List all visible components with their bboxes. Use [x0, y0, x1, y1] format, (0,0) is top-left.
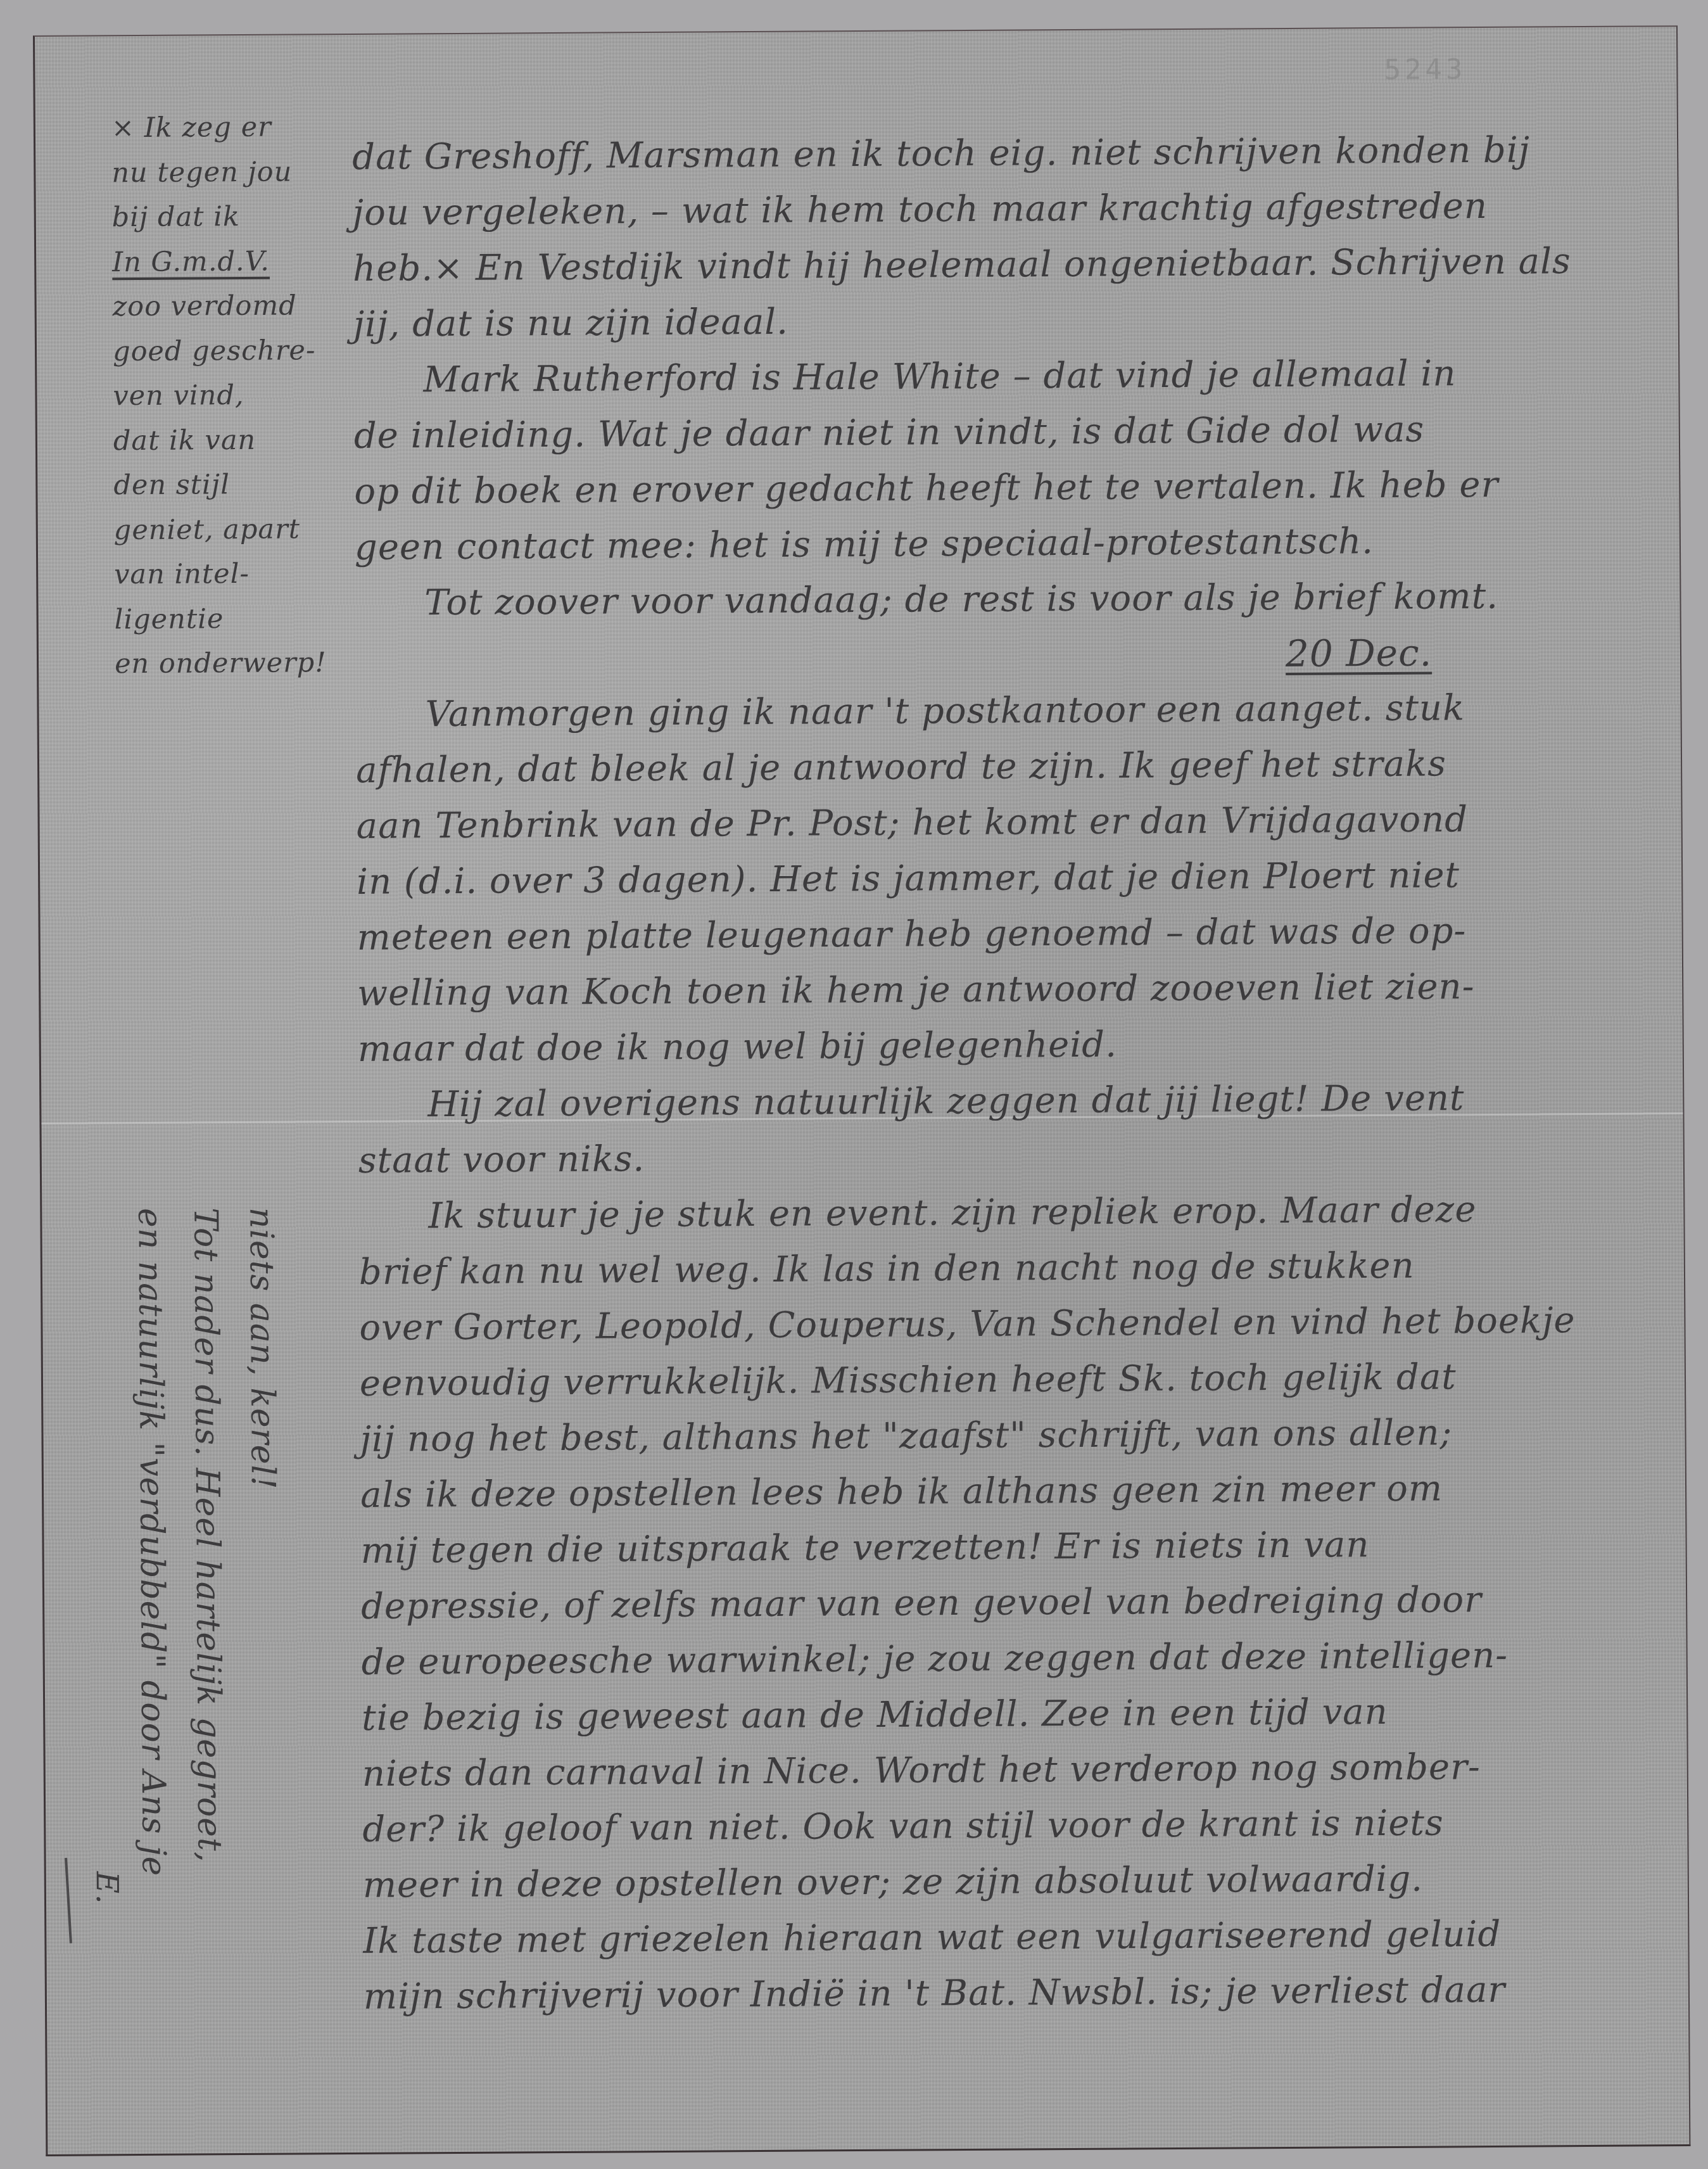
body-line: geen contact mee: het is mij te speciaal… [355, 512, 1659, 576]
margin-note-title-underlined: In G.m.d.V. [112, 239, 327, 285]
body-line: meer in deze opstellen over; ze zijn abs… [363, 1850, 1667, 1914]
body-line: aan Tenbrink van de Pr. Post; het komt e… [356, 791, 1661, 855]
body-line: meteen een platte leugenaar heb genoemd … [357, 902, 1661, 966]
body-line: de inleiding. Wat je daar niet in vindt,… [354, 400, 1659, 464]
sideways-note-line: Tot nader dus. Heel hartelijk gegroet, [177, 1207, 239, 2158]
paragraph-6: Ik stuur je je stuk en event. zijn repli… [358, 1181, 1668, 2025]
body-line: Hij zal overigens natuurlijk zeggen dat … [358, 1069, 1662, 1133]
margin-note-line: zoo verdomd [112, 283, 327, 329]
date-heading: 20 Dec. [355, 623, 1660, 687]
margin-note-line: × Ik zeg er [111, 105, 327, 151]
paragraph-4: Vanmorgen ging ik naar 't postkantoor ee… [355, 679, 1662, 1078]
margin-note-line: den stijl [113, 462, 329, 508]
body-line: Vanmorgen ging ik naar 't postkantoor ee… [355, 679, 1660, 743]
body-line: tie bezig is geweest aan de Middell. Zee… [362, 1682, 1666, 1746]
body-line: maar dat doe ik nog wel bij gelegenheid. [358, 1014, 1662, 1078]
paragraph-1: dat Greshoff, Marsman en ik toch eig. ni… [352, 122, 1658, 353]
body-line: de europeesche warwinkel; je zou zeggen … [361, 1627, 1666, 1691]
margin-note-line: nu tegen jou [111, 149, 327, 196]
body-line: staat voor niks. [358, 1125, 1663, 1189]
body-line: welling van Koch toen ik hem je antwoord… [357, 958, 1662, 1022]
body-line: over Gorter, Leopold, Couperus, Van Sche… [359, 1292, 1664, 1356]
body-line: in (d.i. over 3 dagen). Het is jammer, d… [357, 846, 1661, 910]
sideways-note-line: niets aan, kerel! [233, 1207, 294, 2158]
margin-note-line: ligentie [114, 596, 329, 642]
body-line: Ik taste met griezelen hieraan wat een v… [363, 1905, 1667, 1969]
body-line: als ik deze opstellen lees heb ik althan… [360, 1460, 1665, 1523]
margin-note-line: en onderwerp! [115, 640, 330, 687]
archive-stamp: 5243 [1384, 53, 1466, 86]
body-line: jij nog het best, althans het "zaafst" s… [360, 1404, 1664, 1468]
body-line: depressie, of zelfs maar van een gevoel … [361, 1571, 1666, 1635]
body-line: op dit boek en erover gedacht heeft het … [354, 456, 1659, 520]
body-line: mijn schrijverij voor Indië in 't Bat. N… [364, 1961, 1668, 2025]
body-line: Ik stuur je je stuk en event. zijn repli… [358, 1181, 1663, 1245]
body-line: eenvoudig verrukkelijk. Misschien heeft … [360, 1348, 1664, 1412]
margin-note-line: ven vind, [113, 372, 328, 419]
body-line: brief kan nu wel weg. Ik las in den nach… [359, 1237, 1664, 1301]
signature: E. [89, 1871, 125, 1905]
body-line: niets dan carnaval in Nice. Wordt het ve… [362, 1738, 1667, 1802]
body-line: Mark Rutherford is Hale White – dat vind… [353, 345, 1658, 409]
margin-note-line: goed geschre- [113, 328, 328, 374]
paragraph-2: Mark Rutherford is Hale White – dat vind… [353, 345, 1659, 576]
sideways-margin-note: niets aan, kerel! Tot nader dus. Heel ha… [122, 1207, 294, 2159]
body-line: afhalen, dat bleek al je antwoord te zij… [356, 735, 1661, 799]
margin-note-line: geniet, apart [114, 507, 329, 553]
body-line: mij tegen die uitspraak te verzetten! Er… [360, 1515, 1665, 1579]
body-line: jij, dat is nu zijn ideaal. [353, 289, 1658, 353]
margin-note: × Ik zeg er nu tegen jou bij dat ik In G… [111, 105, 331, 687]
sideways-note-line: en natuurlijk "verdubbeld" door Ans je [122, 1208, 183, 2159]
body-line: dat Greshoff, Marsman en ik toch eig. ni… [352, 122, 1657, 186]
body-line: jou vergeleken, – wat ik hem toch maar k… [352, 177, 1657, 241]
margin-note-line: dat ik van [113, 417, 329, 464]
paragraph-5: Hij zal overigens natuurlijk zeggen dat … [358, 1069, 1663, 1189]
paragraph-3: Tot zoover voor vandaag; de rest is voor… [355, 568, 1659, 632]
letter-sheet: 5243 × Ik zeg er nu tegen jou bij dat ik… [33, 25, 1690, 2156]
signature-rule [65, 1858, 72, 1943]
body-line: heb.× En Vestdijk vindt hij heelemaal on… [353, 233, 1657, 297]
margin-note-line: bij dat ik [112, 194, 327, 240]
margin-note-line: van intel- [114, 551, 329, 597]
body-line: Tot zoover voor vandaag; de rest is voor… [355, 568, 1659, 632]
body-line: der? ik geloof van niet. Ook van stijl v… [362, 1794, 1667, 1858]
letter-body: dat Greshoff, Marsman en ik toch eig. ni… [352, 122, 1668, 2025]
